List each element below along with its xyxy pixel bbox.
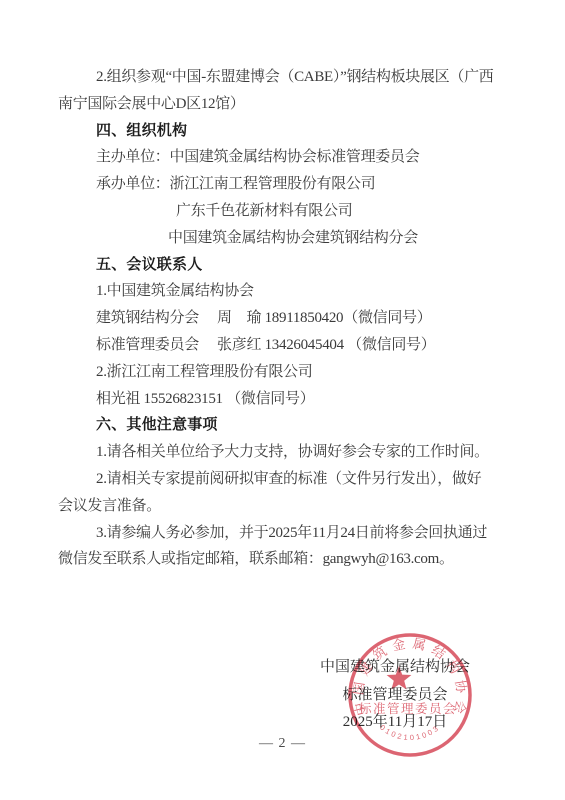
document-page: 2.组织参观“中国-东盟建博会（CABE）”钢结构板块展区（广西 南宁国际会展中… (0, 0, 565, 800)
section-heading: 五、会议联系人 (96, 252, 518, 279)
doc-line: 广东千色花新材料有限公司 (176, 198, 518, 225)
doc-line: 微信发至联系人或指定邮箱，联系邮箱：gangwyh@163.com。 (58, 546, 518, 573)
doc-line: 1.中国建筑金属结构协会 (96, 278, 518, 305)
doc-line: 1.请各相关单位给予大力支持，协调好参会专家的工作时间。 (96, 439, 518, 466)
seal-inner-text: 标准管理委员会 (359, 701, 457, 716)
doc-line: 标准管理委员会 张彦红 13426045404 （微信同号） (96, 332, 518, 359)
section-heading: 四、组织机构 (96, 118, 518, 145)
doc-line: 建筑钢结构分会 周 瑜 18911850420（微信同号） (96, 305, 518, 332)
doc-line: 3.请参编人务必参加，并于2025年11月24日前将参会回执通过 (96, 520, 518, 547)
official-seal-stamp: 中国建筑金属结构协会 标准管理委员会 0102101003 (346, 631, 474, 759)
section-heading: 六、其他注意事项 (96, 412, 518, 439)
document-body: 2.组织参观“中国-东盟建博会（CABE）”钢结构板块展区（广西 南宁国际会展中… (58, 64, 518, 573)
seal-star-icon (387, 666, 412, 690)
doc-line: 南宁国际会展中心D区12馆） (58, 91, 518, 118)
doc-line: 2.请相关专家提前阅研拟审查的标准（文件另行发出），做好 (96, 466, 518, 493)
doc-line: 2.组织参观“中国-东盟建博会（CABE）”钢结构板块展区（广西 (96, 64, 518, 91)
svg-text:0102101003: 0102101003 (378, 723, 441, 742)
doc-line: 2.浙江江南工程管理股份有限公司 (96, 359, 518, 386)
page-number: — 2 — (0, 736, 565, 752)
doc-line: 中国建筑金属结构协会建筑钢结构分会 (168, 225, 518, 252)
doc-line: 承办单位：浙江江南工程管理股份有限公司 (96, 171, 518, 198)
doc-line: 主办单位：中国建筑金属结构协会标准管理委员会 (96, 144, 518, 171)
seal-code: 0102101003 (378, 723, 441, 742)
doc-line: 相光祖 15526823151 （微信同号） (96, 386, 518, 413)
doc-line: 会议发言准备。 (58, 493, 518, 520)
